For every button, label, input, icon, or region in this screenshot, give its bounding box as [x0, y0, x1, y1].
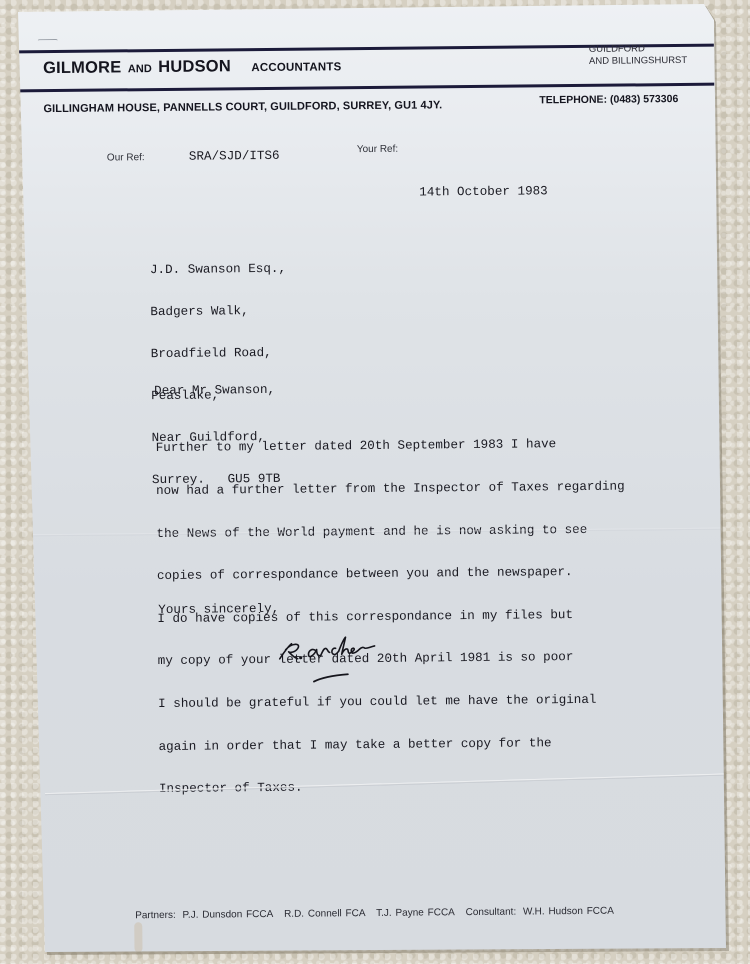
firm-name-and: AND: [128, 63, 152, 75]
punch-mark: [38, 39, 58, 43]
body-line: now had a further letter from the Inspec…: [156, 480, 625, 499]
body-line: my copy of your letter dated 20th April …: [158, 650, 627, 669]
consultant-name: W.H. Hudson FCCA: [523, 906, 614, 918]
partner-name: T.J. Payne FCCA: [376, 907, 455, 919]
handwritten-signature: R. Archer: [271, 630, 392, 691]
firm-telephone: TELEPHONE: (0483) 573306: [539, 93, 678, 106]
closing: Yours sincerely,: [158, 602, 279, 617]
letter-sheet: GILMORE AND HUDSON ACCOUNTANTS GUILDFORD…: [0, 0, 750, 964]
partners-footer: Partners: P.J. Dunsdon FCCA R.D. Connell…: [135, 906, 621, 922]
partners-label: Partners:: [135, 910, 176, 921]
consultant-label: Consultant:: [466, 907, 517, 918]
letterhead-bottom-rule: [14, 83, 714, 93]
recipient-line: Badgers Walk,: [150, 304, 286, 319]
firm-name-hudson: HUDSON: [158, 57, 231, 76]
salutation: Dear Mr Swanson,: [154, 383, 275, 398]
letter-content: GILMORE AND HUDSON ACCOUNTANTS GUILDFORD…: [0, 0, 750, 964]
firm-profession: ACCOUNTANTS: [251, 61, 341, 74]
branch-line: GUILDFORD: [589, 43, 687, 56]
our-ref-label: Our Ref:: [107, 152, 145, 163]
branch-locations: GUILDFORD AND BILLINGSHURST: [589, 43, 687, 68]
body-line: Further to my letter dated 20th Septembe…: [156, 437, 625, 456]
letter-body: Further to my letter dated 20th Septembe…: [155, 409, 628, 825]
body-line: again in order that I may take a better …: [158, 735, 627, 754]
firm-name: GILMORE AND HUDSON ACCOUNTANTS: [43, 56, 342, 78]
partner-name: R.D. Connell FCA: [284, 908, 366, 920]
branch-line: AND BILLINGSHURST: [589, 55, 687, 68]
paper-stain: [134, 922, 142, 952]
firm-address: GILLINGHAM HOUSE, PANNELLS COURT, GUILDF…: [43, 99, 442, 115]
partner-name: P.J. Dunsdon FCCA: [182, 909, 273, 921]
recipient-line: Broadfield Road,: [151, 346, 287, 361]
firm-name-gilmore: GILMORE: [43, 58, 122, 77]
body-line: I should be grateful if you could let me…: [158, 693, 627, 712]
our-ref-value: SRA/SJD/ITS6: [189, 149, 280, 164]
your-ref-label: Your Ref:: [357, 144, 398, 155]
body-line: copies of correspondance between you and…: [157, 565, 626, 584]
recipient-line: J.D. Swanson Esq.,: [150, 262, 286, 277]
letter-date: 14th October 1983: [419, 184, 548, 199]
